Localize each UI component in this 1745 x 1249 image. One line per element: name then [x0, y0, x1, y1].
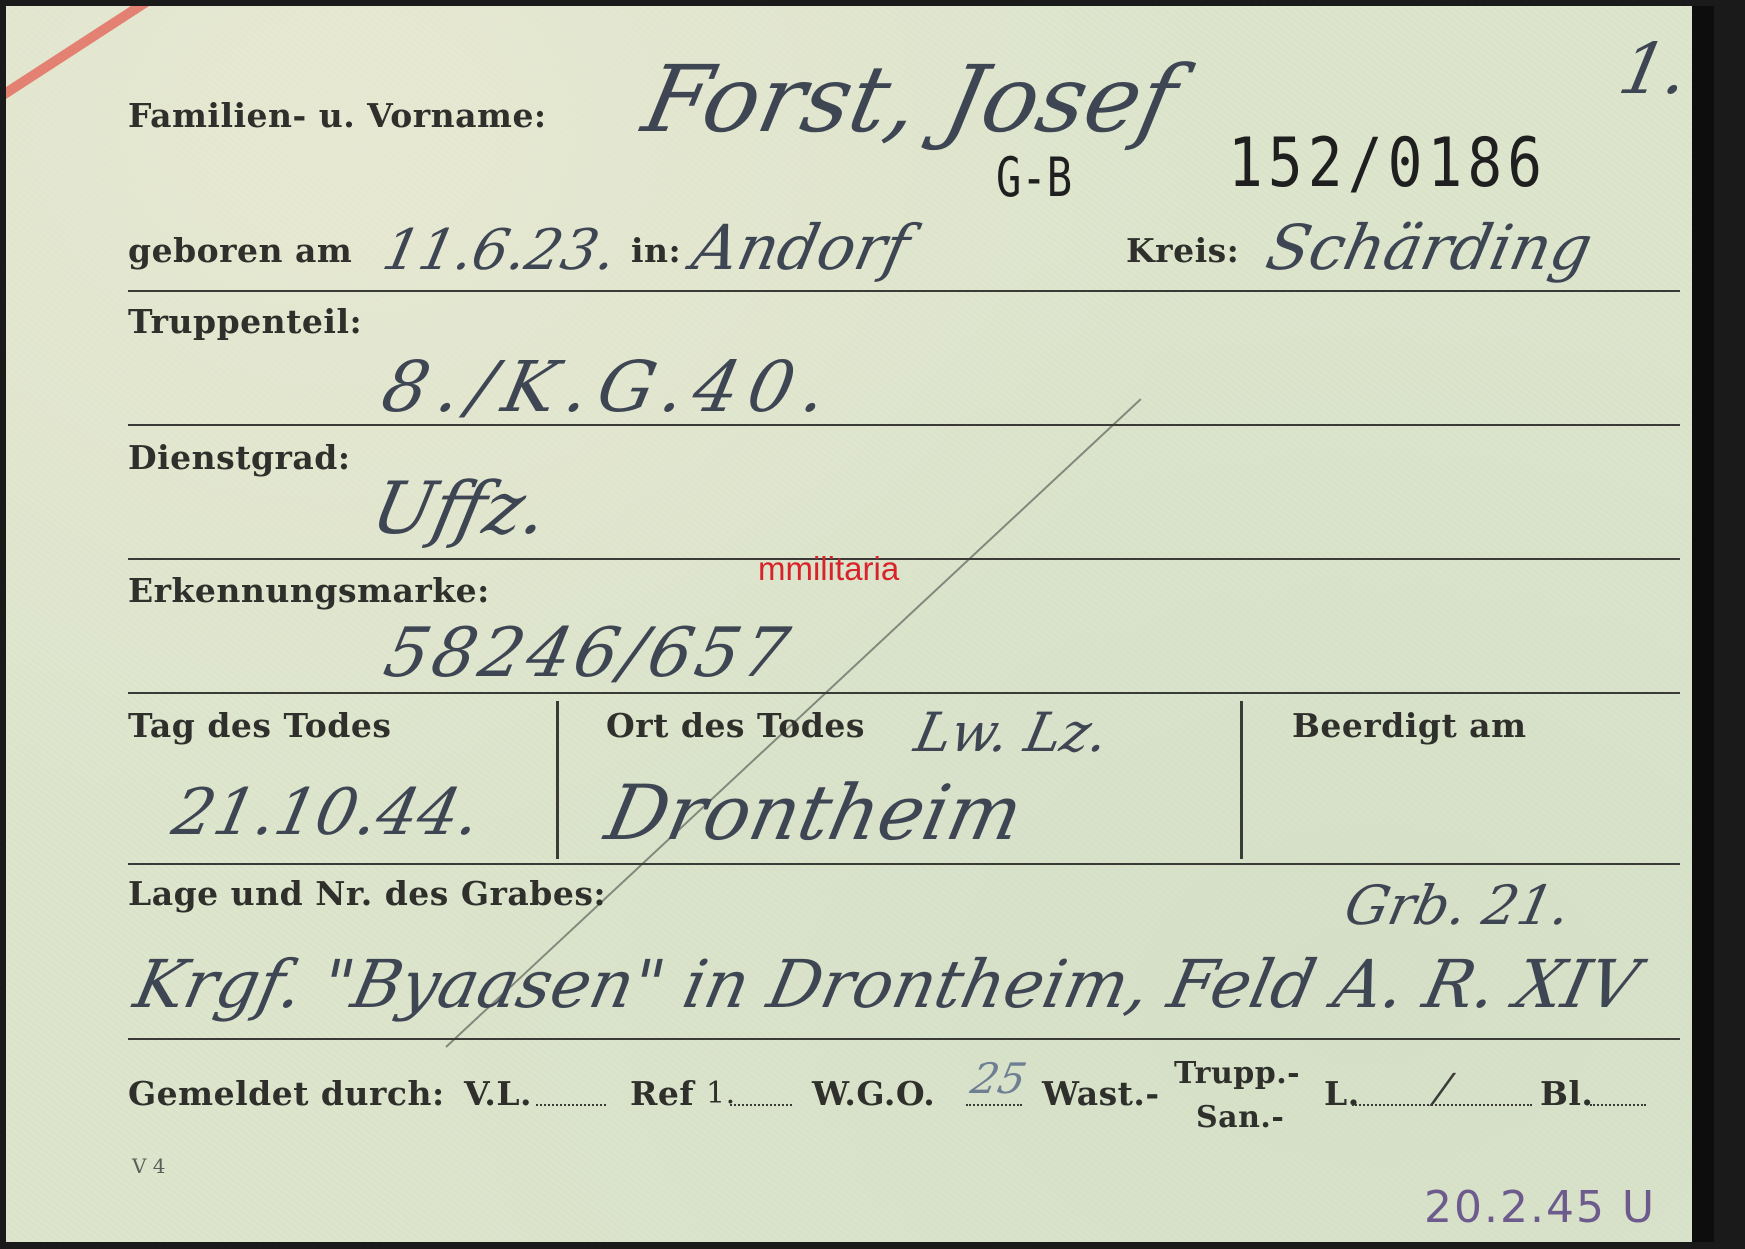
- received-date-stamp: 20.2.45 U: [1424, 1182, 1656, 1233]
- reported-wast-label: Wast.-: [1042, 1074, 1160, 1113]
- district-value: Schärding: [1260, 211, 1598, 284]
- form-code: V 4: [132, 1154, 166, 1178]
- red-pencil-mark: [6, 6, 232, 110]
- rule-4: [128, 692, 1680, 694]
- reported-trupp-label: Trupp.-: [1174, 1056, 1300, 1091]
- name-value: Forst, Josef: [635, 46, 1187, 153]
- col-divider-2: [1240, 701, 1243, 859]
- grave-label: Lage und Nr. des Grabes:: [128, 874, 606, 913]
- id-tag-value: 58246/657: [378, 614, 800, 693]
- rank-label: Dienstgrad:: [128, 438, 351, 477]
- reported-l-label: L.: [1324, 1074, 1360, 1113]
- reported-wgo-label: W.G.O.: [812, 1074, 935, 1113]
- death-date-label: Tag des Todes: [128, 706, 391, 745]
- reported-vl-label: V.L.: [464, 1074, 532, 1113]
- birth-date-label: geboren am: [128, 231, 352, 270]
- reported-san-label: San.-: [1196, 1100, 1284, 1135]
- rank-value: Uffz.: [365, 466, 555, 550]
- reported-by-label: Gemeldet durch:: [128, 1074, 445, 1113]
- death-place-note: Lw. Lz.: [909, 701, 1114, 764]
- reported-wgo-dots: [966, 1104, 1022, 1106]
- district-label: Kreis:: [1126, 231, 1239, 270]
- id-tag-label: Erkennungsmarke:: [128, 571, 490, 610]
- rule-1: [128, 290, 1680, 292]
- card-edge: [1692, 6, 1714, 1242]
- file-stamp-number: 152/0186: [1228, 124, 1547, 203]
- reported-ref-dots: [730, 1104, 792, 1106]
- watermark: mmilitaria: [758, 550, 899, 588]
- reported-ref-label: Ref: [630, 1074, 694, 1113]
- unit-value: 8./K.G.40.: [375, 346, 844, 428]
- death-date-value: 21.10.44.: [166, 776, 487, 850]
- file-stamp-prefix: G-B: [996, 146, 1072, 209]
- buried-on-label: Beerdigt am: [1292, 706, 1527, 745]
- death-place-label: Ort des Todes: [606, 706, 865, 745]
- birth-place-value: Andorf: [686, 211, 916, 284]
- reported-bl-label: Bl.: [1540, 1074, 1593, 1113]
- grave-registration-card: 1. Familien- u. Vorname: Forst, Josef G-…: [6, 6, 1714, 1242]
- rule-6: [128, 1038, 1680, 1040]
- corner-mark: 1.: [1612, 28, 1696, 110]
- birth-place-label: in:: [631, 231, 681, 270]
- grave-note: Grb. 21.: [1339, 874, 1576, 937]
- col-divider-1: [556, 701, 559, 859]
- reported-bl-dots: [1590, 1104, 1646, 1106]
- rule-5: [128, 863, 1680, 865]
- name-label: Familien- u. Vorname:: [128, 96, 547, 135]
- unit-label: Truppenteil:: [128, 302, 362, 341]
- grave-value: Krgf. "Byaasen" in Drontheim, Feld A. R.…: [128, 946, 1646, 1023]
- birth-date-value: 11.6.23.: [377, 218, 622, 283]
- reported-vl-dots: [536, 1104, 606, 1106]
- death-place-value: Drontheim: [599, 768, 1031, 857]
- reported-wgo-value: 25: [967, 1054, 1031, 1103]
- rule-2: [128, 424, 1680, 426]
- rule-3: [128, 558, 1680, 560]
